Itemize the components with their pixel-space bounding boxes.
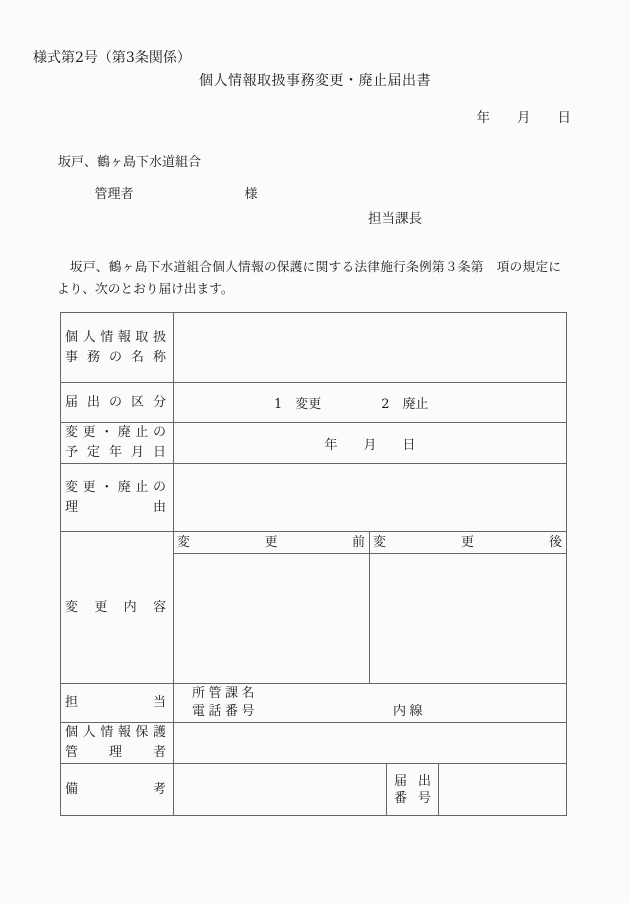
before-value — [174, 554, 370, 683]
body-paragraph: 坂戸、鶴ヶ島下水道組合個人情報の保護に関する法律施行条例第３条第 項の規定により… — [57, 256, 561, 300]
change-details-header: 変更前 変更後 — [174, 532, 566, 554]
change-details-body — [174, 554, 566, 683]
addressee-line: 管理者様 — [78, 168, 258, 217]
date-line: 年 月 日 — [477, 106, 572, 126]
row-protection-manager: 個人情報保護 管理者 — [61, 723, 566, 764]
protection-manager-value — [174, 723, 566, 763]
scheduled-date-text: 年 月 日 — [324, 434, 415, 453]
contact-value: 所管課名 電話番号 内線 — [174, 684, 566, 722]
row-contact: 担当 所管課名 電話番号 内線 — [61, 684, 566, 723]
page-title: 個人情報取扱事務変更・廃止届出書 — [0, 70, 630, 90]
extension-label: 内線 — [393, 703, 426, 721]
section-name-label: 所管課名 — [192, 685, 566, 703]
notification-number-label: 届出 番号 — [387, 764, 439, 815]
row-reason: 変更・廃止の 理由 — [61, 464, 566, 532]
reason-value — [174, 464, 566, 531]
reason-label: 変更・廃止の 理由 — [61, 464, 174, 531]
remarks-label: 備考 — [61, 764, 174, 815]
row-change-details: 変更内容 変更前 変更後 — [61, 532, 566, 684]
staff-title: 担当課長 — [368, 207, 422, 227]
form-number: 様式第2号（第3条関係） — [33, 47, 191, 67]
remarks-value — [174, 764, 387, 815]
row-scheduled-date: 変更・廃止の 予定年月日 年 月 日 — [61, 423, 566, 464]
row-notification-type: 届出の区分 1 変更 2 廃止 — [61, 383, 566, 423]
scheduled-date-label: 変更・廃止の 予定年月日 — [61, 423, 174, 463]
phone-line: 電話番号 内線 — [192, 703, 566, 721]
change-details-area: 変更前 変更後 — [174, 532, 566, 683]
change-details-label: 変更内容 — [61, 532, 174, 683]
after-value — [370, 554, 566, 683]
protection-manager-label: 個人情報保護 管理者 — [61, 723, 174, 763]
contact-label: 担当 — [61, 684, 174, 722]
phone-number-label: 電話番号 — [192, 703, 258, 721]
option-change: 1 変更 — [274, 393, 321, 412]
notification-type-value: 1 変更 2 廃止 — [174, 383, 566, 422]
notification-type-label: 届出の区分 — [61, 383, 174, 422]
document-page: 様式第2号（第3条関係） 個人情報取扱事務変更・廃止届出書 年 月 日 坂戸、鶴… — [0, 0, 630, 903]
notification-number-value — [439, 764, 566, 815]
addressee-title: 管理者 — [95, 187, 134, 202]
row-business-name: 個人情報取扱 事務の名称 — [61, 313, 566, 383]
row-remarks: 備考 届出 番号 — [61, 764, 566, 815]
header-after: 変更後 — [370, 532, 566, 553]
addressee-honorific: 様 — [245, 187, 258, 202]
option-abolition: 2 廃止 — [381, 393, 428, 412]
header-before: 変更前 — [174, 532, 370, 553]
business-name-label: 個人情報取扱 事務の名称 — [61, 313, 174, 382]
business-name-value — [174, 313, 566, 382]
notification-table: 個人情報取扱 事務の名称 届出の区分 1 変更 2 廃止 変更・廃止の 予定年月… — [60, 312, 567, 816]
scheduled-date-value: 年 月 日 — [174, 423, 566, 463]
